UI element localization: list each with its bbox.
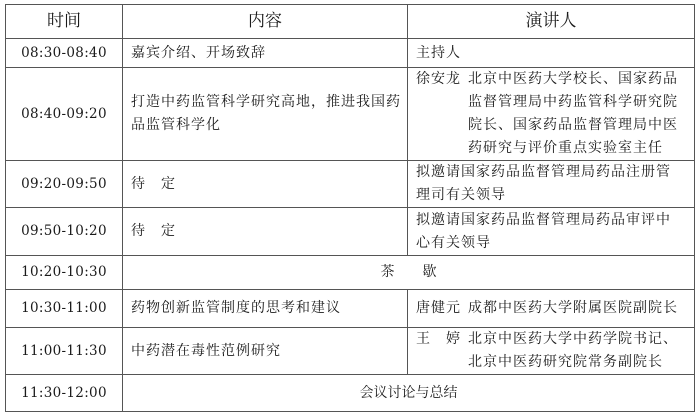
- speaker-cell: 王 婷 北京中医药大学中药学院书记、 北京中医药研究院常务副院长: [408, 328, 695, 375]
- time-cell: 09:20-09:50: [6, 161, 123, 208]
- time-cell: 10:20-10:30: [6, 256, 123, 290]
- header-time: 时间: [6, 5, 123, 39]
- speaker-title-line: 成都中医药大学附属医院副院长: [468, 297, 694, 320]
- summary-cell: 会议讨论与总结: [123, 375, 695, 412]
- content-cell: 药物创新监管制度的思考和建议: [123, 290, 408, 328]
- table-row: 10:30-11:00 药物创新监管制度的思考和建议 唐健元 成都中医药大学附属…: [6, 290, 695, 328]
- time-cell: 10:30-11:00: [6, 290, 123, 328]
- break-cell: 茶 歇: [123, 256, 695, 290]
- table-row: 09:20-09:50 待 定 拟邀请国家药品监督管理局药品注册管 理司有关领导: [6, 161, 695, 208]
- time-cell: 08:30-08:40: [6, 39, 123, 68]
- agenda-table: 时间 内容 演讲人 08:30-08:40 嘉宾介绍、开场致辞 主持人 08:4…: [5, 4, 695, 412]
- content-line: 品监管科学化: [131, 114, 407, 137]
- table-row: 09:50-10:20 待 定 拟邀请国家药品监督管理局药品审评中 心有关领导: [6, 208, 695, 256]
- speaker-title-line: 北京中医药大学校长、国家药品: [468, 68, 694, 91]
- header-row: 时间 内容 演讲人: [6, 5, 695, 39]
- content-cell: 嘉宾介绍、开场致辞: [123, 39, 408, 68]
- speaker-title-line: 药研究与评价重点实验室主任: [468, 137, 694, 160]
- table-row: 08:30-08:40 嘉宾介绍、开场致辞 主持人: [6, 39, 695, 68]
- speaker-line: 拟邀请国家药品监督管理局药品注册管: [416, 161, 694, 184]
- speaker-line: 心有关领导: [416, 232, 694, 255]
- speaker-cell: 拟邀请国家药品监督管理局药品注册管 理司有关领导: [408, 161, 695, 208]
- table-row: 10:20-10:30 茶 歇: [6, 256, 695, 290]
- speaker-title-line: 北京中医药研究院常务副院长: [468, 351, 694, 374]
- speaker-cell: 拟邀请国家药品监督管理局药品审评中 心有关领导: [408, 208, 695, 256]
- content-line: 打造中药监管科学研究高地，推进我国药: [131, 91, 407, 114]
- speaker-line: 拟邀请国家药品监督管理局药品审评中: [416, 209, 694, 232]
- time-cell: 08:40-09:20: [6, 68, 123, 161]
- content-cell: 待 定: [123, 208, 408, 256]
- content-cell: 中药潜在毒性范例研究: [123, 328, 408, 375]
- speaker-name: 唐健元: [416, 297, 468, 320]
- speaker-title-line: 北京中医药大学中药学院书记、: [468, 328, 694, 351]
- time-cell: 11:30-12:00: [6, 375, 123, 412]
- time-cell: 09:50-10:20: [6, 208, 123, 256]
- speaker-title-line: 监督管理局中药监管科学研究院: [468, 91, 694, 114]
- content-cell: 待 定: [123, 161, 408, 208]
- speaker-cell: 主持人: [408, 39, 695, 68]
- speaker-cell: 徐安龙 北京中医药大学校长、国家药品 监督管理局中药监管科学研究院 院长、国家药…: [408, 68, 695, 161]
- header-content: 内容: [123, 5, 408, 39]
- speaker-title-line: 院长、国家药品监督管理局中医: [468, 114, 694, 137]
- header-speaker: 演讲人: [408, 5, 695, 39]
- speaker-cell: 唐健元 成都中医药大学附属医院副院长: [408, 290, 695, 328]
- time-cell: 11:00-11:30: [6, 328, 123, 375]
- speaker-line: 理司有关领导: [416, 184, 694, 207]
- content-cell: 打造中药监管科学研究高地，推进我国药 品监管科学化: [123, 68, 408, 161]
- speaker-name: 徐安龙: [416, 68, 468, 160]
- table-row: 11:30-12:00 会议讨论与总结: [6, 375, 695, 412]
- speaker-name: 王 婷: [416, 328, 468, 374]
- table-row: 08:40-09:20 打造中药监管科学研究高地，推进我国药 品监管科学化 徐安…: [6, 68, 695, 161]
- table-row: 11:00-11:30 中药潜在毒性范例研究 王 婷 北京中医药大学中药学院书记…: [6, 328, 695, 375]
